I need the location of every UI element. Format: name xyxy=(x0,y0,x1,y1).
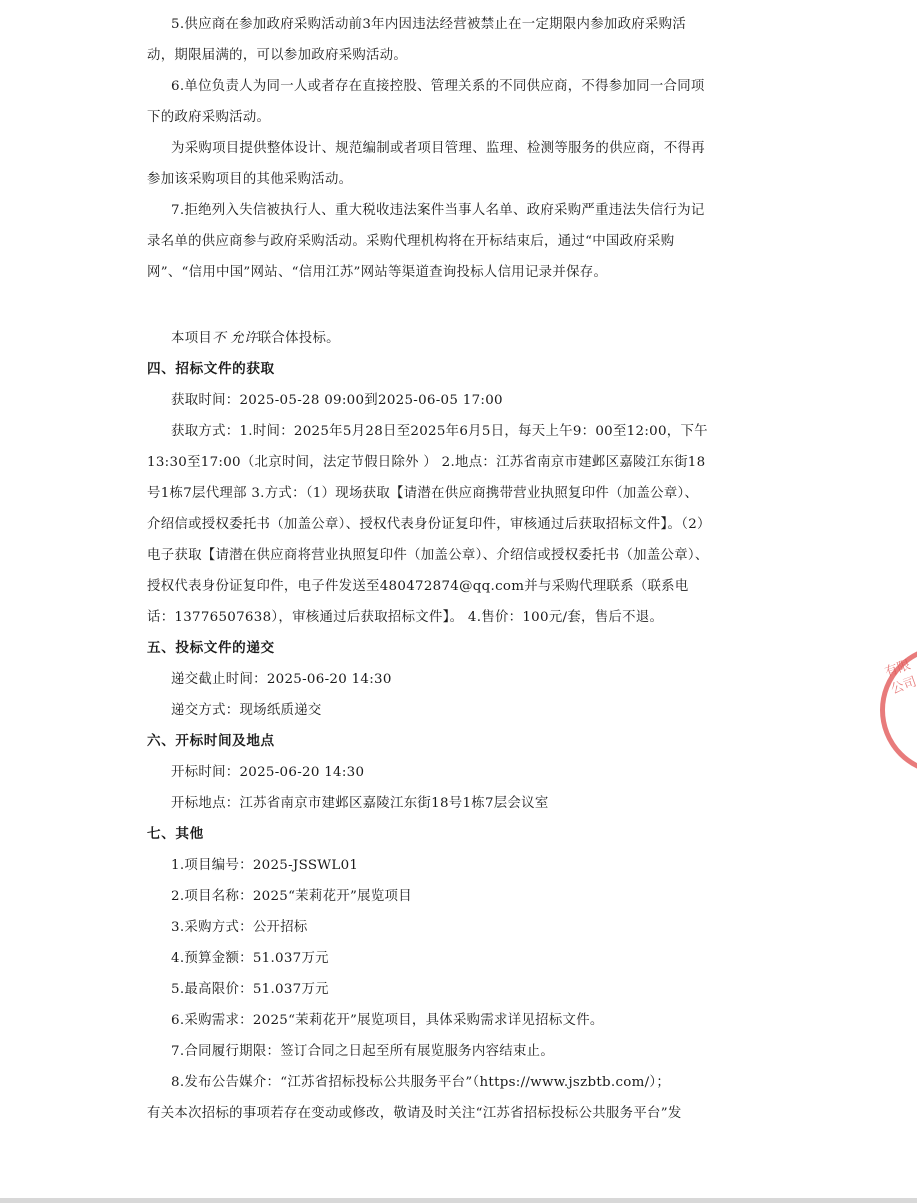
paragraph-consortium: 本项目不 允许联合体投标。 xyxy=(147,323,709,354)
other-item-project-number: 1.项目编号：2025-JSSWL01 xyxy=(147,850,709,881)
bid-opening-time: 开标时间：2025-06-20 14:30 xyxy=(147,757,709,788)
submit-deadline: 递交截止时间：2025-06-20 14:30 xyxy=(147,664,709,695)
consortium-prefix: 本项目 xyxy=(171,331,212,346)
other-item-publication-media: 8.发布公告媒介：“江苏省招标投标公共服务平台”（https://www.jsz… xyxy=(147,1067,709,1098)
other-item-project-name: 2.项目名称：2025“茉莉花开”展览项目 xyxy=(147,881,709,912)
obtain-time: 获取时间：2025-05-28 09:00到2025-06-05 17:00 xyxy=(147,385,709,416)
other-item-budget: 4.预算金额：51.037万元 xyxy=(147,943,709,974)
consortium-emphasis: 不 允许 xyxy=(212,331,258,346)
paragraph-notice-changes: 有关本次招标的事项若存在变动或修改，敬请及时关注“江苏省招标投标公共服务平台”发 xyxy=(147,1098,709,1129)
other-item-contract-period: 7.合同履行期限：签订合同之日起至所有展览服务内容结束止。 xyxy=(147,1036,709,1067)
bid-opening-place: 开标地点：江苏省南京市建邺区嘉陵江东街18号1栋7层会议室 xyxy=(147,788,709,819)
section-heading-submit-bids: 五、投标文件的递交 xyxy=(147,633,709,664)
page-bottom-edge xyxy=(0,1198,917,1203)
paragraph-supplier-ban: 5.供应商在参加政府采购活动前3年内因违法经营被禁止在一定期限内参加政府采购活动… xyxy=(147,9,709,71)
other-item-procurement-method: 3.采购方式：公开招标 xyxy=(147,912,709,943)
paragraph-credit-record: 7.拒绝列入失信被执行人、重大税收违法案件当事人名单、政府采购严重违法失信行为记… xyxy=(147,195,709,288)
consortium-suffix: 联合体投标。 xyxy=(258,331,340,346)
submit-method: 递交方式：现场纸质递交 xyxy=(147,695,709,726)
paragraph-same-responsible-person: 6.单位负责人为同一人或者存在直接控股、管理关系的不同供应商，不得参加同一合同项… xyxy=(147,71,709,133)
other-item-max-price: 5.最高限价：51.037万元 xyxy=(147,974,709,1005)
section-heading-obtain-documents: 四、招标文件的获取 xyxy=(147,354,709,385)
paragraph-design-service-supplier: 为采购项目提供整体设计、规范编制或者项目管理、监理、检测等服务的供应商，不得再参… xyxy=(147,133,709,195)
document-page: 5.供应商在参加政府采购活动前3年内因违法经营被禁止在一定期限内参加政府采购活动… xyxy=(147,0,709,1129)
section-heading-bid-opening: 六、开标时间及地点 xyxy=(147,726,709,757)
obtain-method: 获取方式：1.时间：2025年5月28日至2025年6月5日，每天上午9：00至… xyxy=(147,416,709,633)
other-item-requirements: 6.采购需求：2025“茉莉花开”展览项目，具体采购需求详见招标文件。 xyxy=(147,1005,709,1036)
section-heading-other: 七、其他 xyxy=(147,819,709,850)
